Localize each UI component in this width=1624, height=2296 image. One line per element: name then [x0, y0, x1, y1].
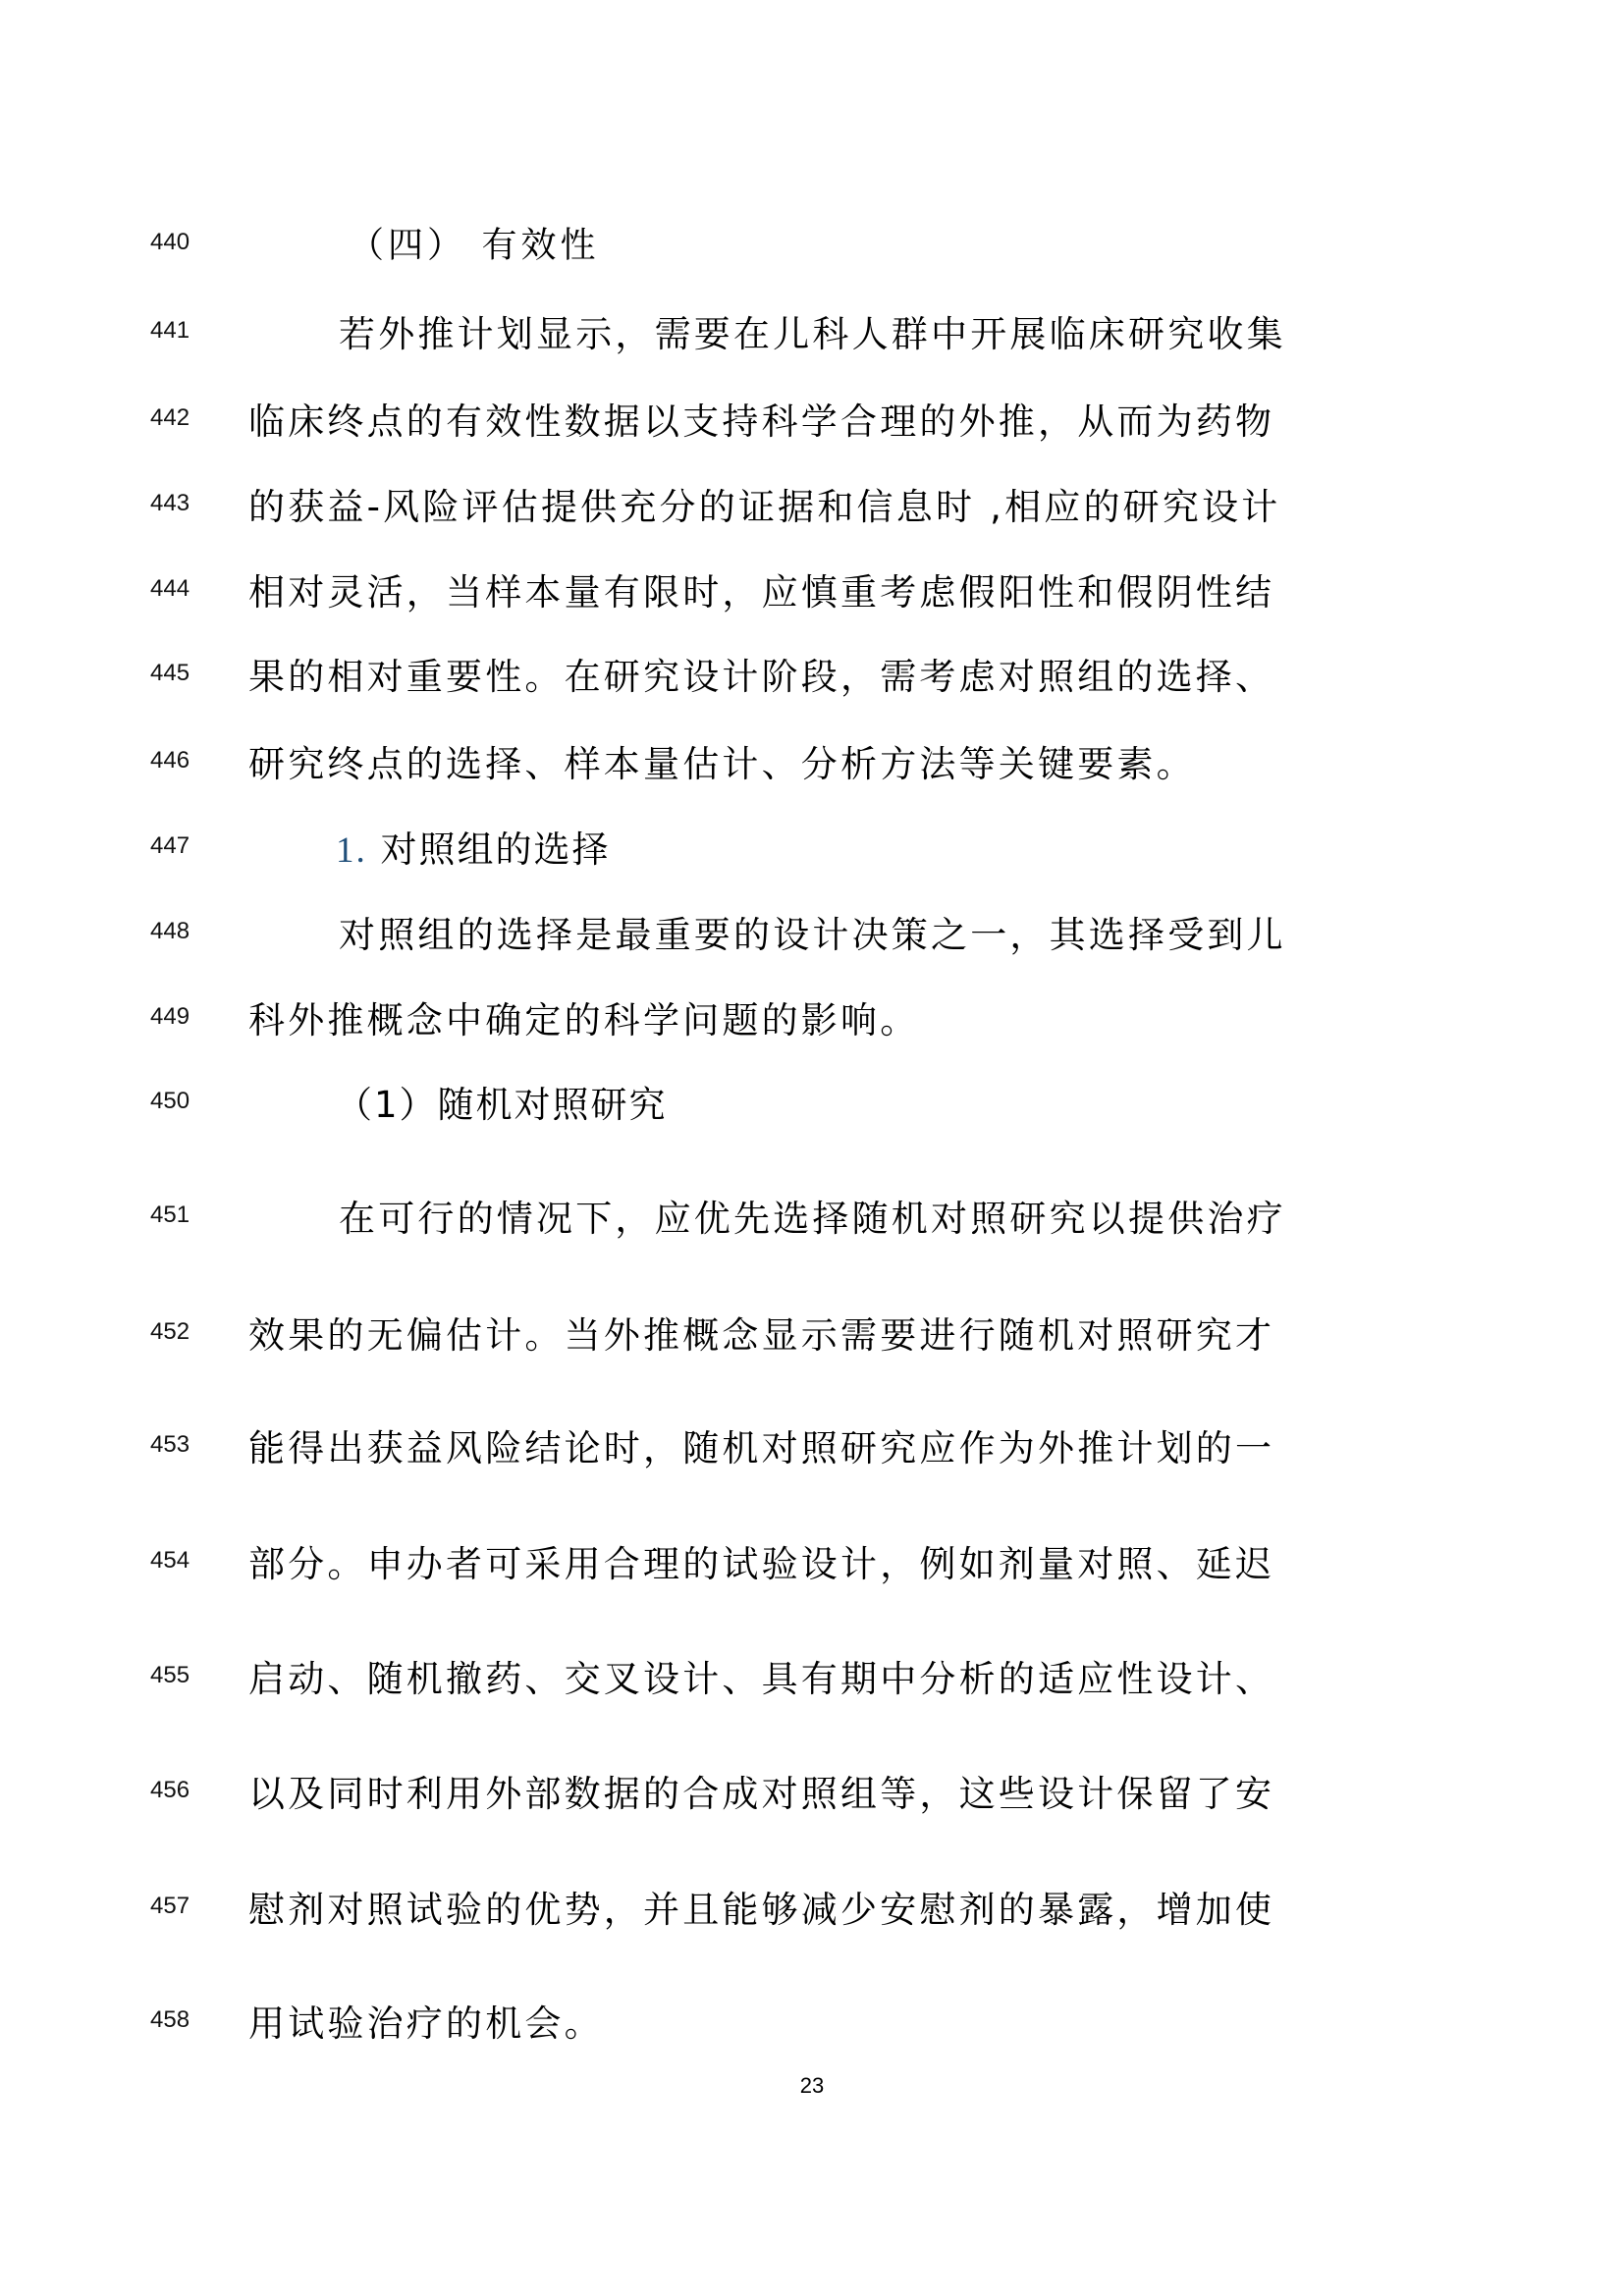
document-line: 446 研究终点的选择、样本量估计、分析方法等关键要素。 [0, 731, 1624, 790]
line-number: 448 [150, 918, 189, 945]
line-number: 453 [150, 1431, 189, 1459]
line-text: 慰剂对照试验的优势，并且能够减少安慰剂的暴露，增加使 [248, 1880, 1274, 1933]
document-line: 448 对照组的选择是最重要的设计决策之一，其选择受到儿 [0, 902, 1624, 961]
document-line: 442 临床终点的有效性数据以支持科学合理的外推，从而为药物 [0, 389, 1624, 448]
line-number: 447 [150, 832, 189, 860]
line-text: 用试验治疗的机会。 [248, 1994, 604, 2047]
line-number: 446 [150, 747, 189, 774]
line-number: 458 [150, 2006, 189, 2034]
document-line: 447 1. 对照组的选择 [0, 817, 1624, 876]
document-line: 444 相对灵活，当样本量有限时，应慎重考虑假阳性和假阴性结 [0, 560, 1624, 618]
document-line: 454 部分。申办者可采用合理的试验设计，例如剂量对照、延迟 [0, 1531, 1624, 1590]
line-number: 456 [150, 1777, 189, 1804]
document-line: 450 （1）随机对照研究 [0, 1072, 1624, 1131]
line-text: 果的相对重要性。在研究设计阶段，需考虑对照组的选择、 [248, 647, 1274, 700]
line-text: 科外推概念中确定的科学问题的影响。 [248, 990, 919, 1043]
line-text: 研究终点的选择、样本量估计、分析方法等关键要素。 [248, 734, 1196, 787]
document-line: 458 用试验治疗的机会。 [0, 1991, 1624, 2050]
line-text: 临床终点的有效性数据以支持科学合理的外推，从而为药物 [248, 392, 1274, 445]
section-heading: （四） 有效性 [349, 218, 599, 268]
line-number: 455 [150, 1662, 189, 1689]
document-line: 440 （四） 有效性 [0, 213, 1624, 272]
line-text: 在可行的情况下，应优先选择随机对照研究以提供治疗 [339, 1189, 1286, 1242]
line-text: 相对灵活，当样本量有限时，应慎重考虑假阳性和假阴性结 [248, 562, 1274, 615]
document-line: 457 慰剂对照试验的优势，并且能够减少安慰剂的暴露，增加使 [0, 1877, 1624, 1936]
document-line: 456 以及同时利用外部数据的合成对照组等，这些设计保留了安 [0, 1761, 1624, 1820]
line-number: 454 [150, 1547, 189, 1575]
line-text: 以及同时利用外部数据的合成对照组等，这些设计保留了安 [248, 1764, 1274, 1817]
line-text: 对照组的选择是最重要的设计决策之一，其选择受到儿 [339, 905, 1286, 958]
line-number: 441 [150, 317, 189, 345]
list-number: 1. [336, 830, 367, 871]
line-number: 451 [150, 1201, 189, 1229]
line-number: 440 [150, 229, 189, 256]
line-number: 449 [150, 1003, 189, 1031]
page-number: 23 [0, 2073, 1624, 2099]
document-line: 455 启动、随机撤药、交叉设计、具有期中分析的适应性设计、 [0, 1646, 1624, 1705]
line-text: 部分。申办者可采用合理的试验设计，例如剂量对照、延迟 [248, 1534, 1274, 1587]
document-line: 441 若外推计划显示，需要在儿科人群中开展临床研究收集 [0, 301, 1624, 360]
document-line: 443 的获益-风险评估提供充分的证据和信息时 ,相应的研究设计 [0, 474, 1624, 533]
document-line: 451 在可行的情况下，应优先选择随机对照研究以提供治疗 [0, 1186, 1624, 1245]
subsection-heading: 1. 对照组的选择 [336, 820, 611, 873]
document-line: 452 效果的无偏估计。当外推概念显示需要进行随机对照研究才 [0, 1303, 1624, 1362]
line-number: 444 [150, 575, 189, 603]
line-text-content: 对照组的选择 [367, 828, 611, 871]
line-number: 445 [150, 660, 189, 687]
line-text: 的获益-风险评估提供充分的证据和信息时 ,相应的研究设计 [248, 477, 1280, 530]
subsection-heading: （1）随机对照研究 [336, 1075, 668, 1128]
line-number: 452 [150, 1318, 189, 1346]
line-number: 443 [150, 490, 189, 517]
document-line: 445 果的相对重要性。在研究设计阶段，需考虑对照组的选择、 [0, 644, 1624, 703]
line-number: 457 [150, 1893, 189, 1920]
line-text: 效果的无偏估计。当外推概念显示需要进行随机对照研究才 [248, 1306, 1274, 1359]
line-text: 若外推计划显示，需要在儿科人群中开展临床研究收集 [339, 304, 1286, 357]
line-number: 450 [150, 1088, 189, 1115]
line-text: 启动、随机撤药、交叉设计、具有期中分析的适应性设计、 [248, 1649, 1274, 1702]
document-line: 449 科外推概念中确定的科学问题的影响。 [0, 988, 1624, 1046]
line-text: 能得出获益风险结论时，随机对照研究应作为外推计划的一 [248, 1418, 1274, 1471]
document-line: 453 能得出获益风险结论时，随机对照研究应作为外推计划的一 [0, 1415, 1624, 1474]
line-number: 442 [150, 404, 189, 432]
